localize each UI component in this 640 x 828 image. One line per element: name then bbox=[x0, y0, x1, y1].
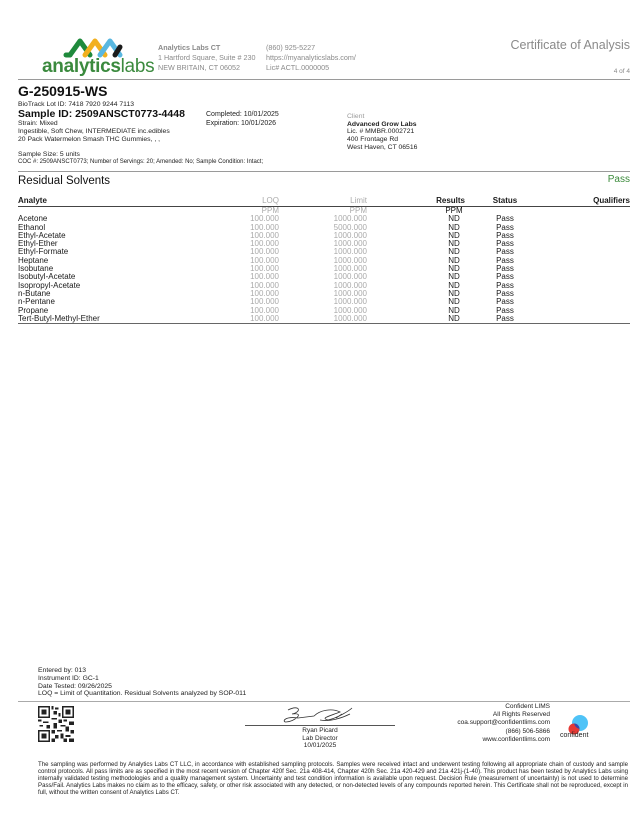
table-row: Propane100.0001000.000NDPass bbox=[18, 307, 630, 315]
test-notes: Entered by: 013 Instrument ID: GC-1 Date… bbox=[38, 667, 246, 698]
client-address-2: West Haven, CT 06516 bbox=[347, 144, 417, 152]
signature-icon bbox=[280, 704, 360, 726]
table-row: Ethyl-Ether100.0001000.000NDPass bbox=[18, 240, 630, 248]
qualifiers-cell bbox=[545, 273, 630, 281]
disclaimer: The sampling was performed by Analytics … bbox=[38, 762, 628, 797]
qualifiers-cell bbox=[545, 290, 630, 298]
residual-solvents-table: Analyte LOQ Limit Results Status Qualifi… bbox=[18, 196, 630, 324]
analyte-cell: Acetone bbox=[18, 215, 198, 223]
table-row: Tert-Butyl-Methyl-Ether100.0001000.000ND… bbox=[18, 315, 630, 324]
sample-id: Sample ID: 2509ANSCT0773-4448 bbox=[18, 108, 185, 120]
signature-line bbox=[245, 725, 395, 726]
table-row: n-Butane100.0001000.000NDPass bbox=[18, 290, 630, 298]
client-address-1: 400 Frontage Rd bbox=[347, 136, 417, 144]
confident-logo-icon bbox=[558, 713, 598, 747]
table-header-row: Analyte LOQ Limit Results Status Qualifi… bbox=[18, 196, 630, 207]
units-row: PPM PPM PPM bbox=[18, 207, 630, 216]
table-row: n-Pentane100.0001000.000NDPass bbox=[18, 298, 630, 306]
section-title: Residual Solvents bbox=[18, 175, 110, 187]
product-category: Ingestible, Soft Chew, INTERMEDIATE inc.… bbox=[18, 128, 170, 136]
signer-name: Ryan Picard bbox=[245, 727, 395, 735]
table-row: Heptane100.0001000.000NDPass bbox=[18, 257, 630, 265]
client-license: Lic. # MMBR.0002721 bbox=[347, 128, 417, 136]
sample-dates: Completed: 10/01/2025 Expiration: 10/01/… bbox=[206, 111, 279, 128]
col-analyte: Analyte bbox=[18, 196, 198, 207]
footer-divider bbox=[18, 701, 630, 702]
limit-cell: 1000.000 bbox=[279, 315, 367, 324]
loq-cell: 100.000 bbox=[198, 315, 279, 324]
qualifiers-cell bbox=[545, 215, 630, 223]
table-row: Acetone100.0001000.000NDPass bbox=[18, 215, 630, 223]
table-row: Isopropyl-Acetate100.0001000.000NDPass bbox=[18, 282, 630, 290]
sample-details: Strain: Mixed Ingestible, Soft Chew, INT… bbox=[18, 120, 170, 143]
qualifiers-cell bbox=[545, 307, 630, 315]
lims-name: Confident LIMS bbox=[440, 703, 550, 711]
lab-address-1: 1 Hartford Square, Suite # 230 bbox=[158, 53, 256, 63]
status-cell: Pass bbox=[465, 315, 545, 324]
qualifiers-cell bbox=[545, 282, 630, 290]
lab-license: Lic# ACTL.0000005 bbox=[266, 63, 356, 73]
product-name: 20 Pack Watermelon Smash THC Gummies, , … bbox=[18, 136, 170, 144]
col-qualifiers: Qualifiers bbox=[545, 196, 630, 207]
table-row: Isobutane100.0001000.000NDPass bbox=[18, 265, 630, 273]
col-loq: LOQ bbox=[198, 196, 279, 207]
table-row: Ethanol100.0005000.000NDPass bbox=[18, 224, 630, 232]
qualifiers-cell bbox=[545, 240, 630, 248]
sample-meta: Sample Size: 5 units COC #: 2509ANSCT077… bbox=[18, 151, 263, 167]
page-number: 4 of 4 bbox=[614, 68, 630, 75]
biotrack-lot-id: BioTrack Lot ID: 7418 7920 9244 7113 bbox=[18, 101, 134, 108]
client-info: Client Advanced Grow Labs Lic. # MMBR.00… bbox=[347, 113, 417, 152]
lab-contact: (860) 925-5227 https://myanalyticslabs.c… bbox=[266, 43, 356, 73]
result-cell: ND bbox=[367, 315, 465, 324]
completed-date: Completed: 10/01/2025 bbox=[206, 111, 279, 120]
client-label: Client bbox=[347, 113, 417, 121]
lab-address-2: NEW BRITAIN, CT 06052 bbox=[158, 63, 256, 73]
lims-rights: All Rights Reserved bbox=[440, 711, 550, 719]
qualifiers-cell bbox=[545, 224, 630, 232]
lims-website-link[interactable]: www.confidentlims.com bbox=[440, 736, 550, 744]
client-name: Advanced Grow Labs bbox=[347, 121, 417, 129]
section-status-badge: Pass bbox=[608, 174, 630, 185]
loq-note: LOQ = Limit of Quantitation. Residual So… bbox=[38, 690, 246, 698]
signed-date: 10/01/2025 bbox=[245, 742, 395, 750]
qualifiers-cell bbox=[545, 232, 630, 240]
lab-info: Analytics Labs CT 1 Hartford Square, Sui… bbox=[158, 43, 256, 73]
entered-by: Entered by: 013 bbox=[38, 667, 246, 675]
date-tested: Date Tested: 09/26/2025 bbox=[38, 683, 246, 691]
confident-logo-text: confident bbox=[560, 732, 588, 739]
qualifiers-cell bbox=[545, 315, 630, 324]
table-row: Ethyl-Acetate100.0001000.000NDPass bbox=[18, 232, 630, 240]
col-status: Status bbox=[465, 196, 545, 207]
analyte-cell: Tert-Butyl-Methyl-Ether bbox=[18, 315, 198, 324]
batch-id: G-250915-WS bbox=[18, 83, 107, 99]
qualifiers-cell bbox=[545, 257, 630, 265]
qualifiers-cell bbox=[545, 298, 630, 306]
table-row: Ethyl-Formate100.0001000.000NDPass bbox=[18, 248, 630, 256]
logo-wordmark: analyticslabs bbox=[42, 56, 154, 78]
lab-phone: (860) 925-5227 bbox=[266, 43, 356, 53]
signer-info: Ryan Picard Lab Director 10/01/2025 bbox=[245, 727, 395, 750]
table-row: Isobutyl-Acetate100.0001000.000NDPass bbox=[18, 273, 630, 281]
lab-name: Analytics Labs CT bbox=[158, 43, 256, 53]
sample-size: Sample Size: 5 units bbox=[18, 151, 263, 159]
coc-line: COC #: 2509ANSCT0773; Number of Servings… bbox=[18, 159, 263, 167]
expiration-date: Expiration: 10/01/2026 bbox=[206, 120, 279, 129]
analyticslabs-logo: analyticslabs bbox=[42, 36, 152, 82]
header-divider bbox=[18, 79, 630, 80]
strain: Strain: Mixed bbox=[18, 120, 170, 128]
qr-code-icon[interactable] bbox=[38, 705, 74, 743]
lab-website-link[interactable]: https://myanalyticslabs.com/ bbox=[266, 53, 356, 63]
qualifiers-cell bbox=[545, 248, 630, 256]
lims-info: Confident LIMS All Rights Reserved coa.s… bbox=[440, 703, 550, 744]
signer-title: Lab Director bbox=[245, 735, 395, 743]
document-title: Certificate of Analysis bbox=[511, 38, 631, 52]
lims-phone: (866) 506-5866 bbox=[440, 728, 550, 736]
col-limit: Limit bbox=[279, 196, 367, 207]
qualifiers-cell bbox=[545, 265, 630, 273]
instrument-id: Instrument ID: GC-1 bbox=[38, 675, 246, 683]
col-results: Results bbox=[367, 196, 465, 207]
section-divider bbox=[18, 171, 630, 172]
lims-email-link[interactable]: coa.support@confidentlims.com bbox=[440, 719, 550, 727]
